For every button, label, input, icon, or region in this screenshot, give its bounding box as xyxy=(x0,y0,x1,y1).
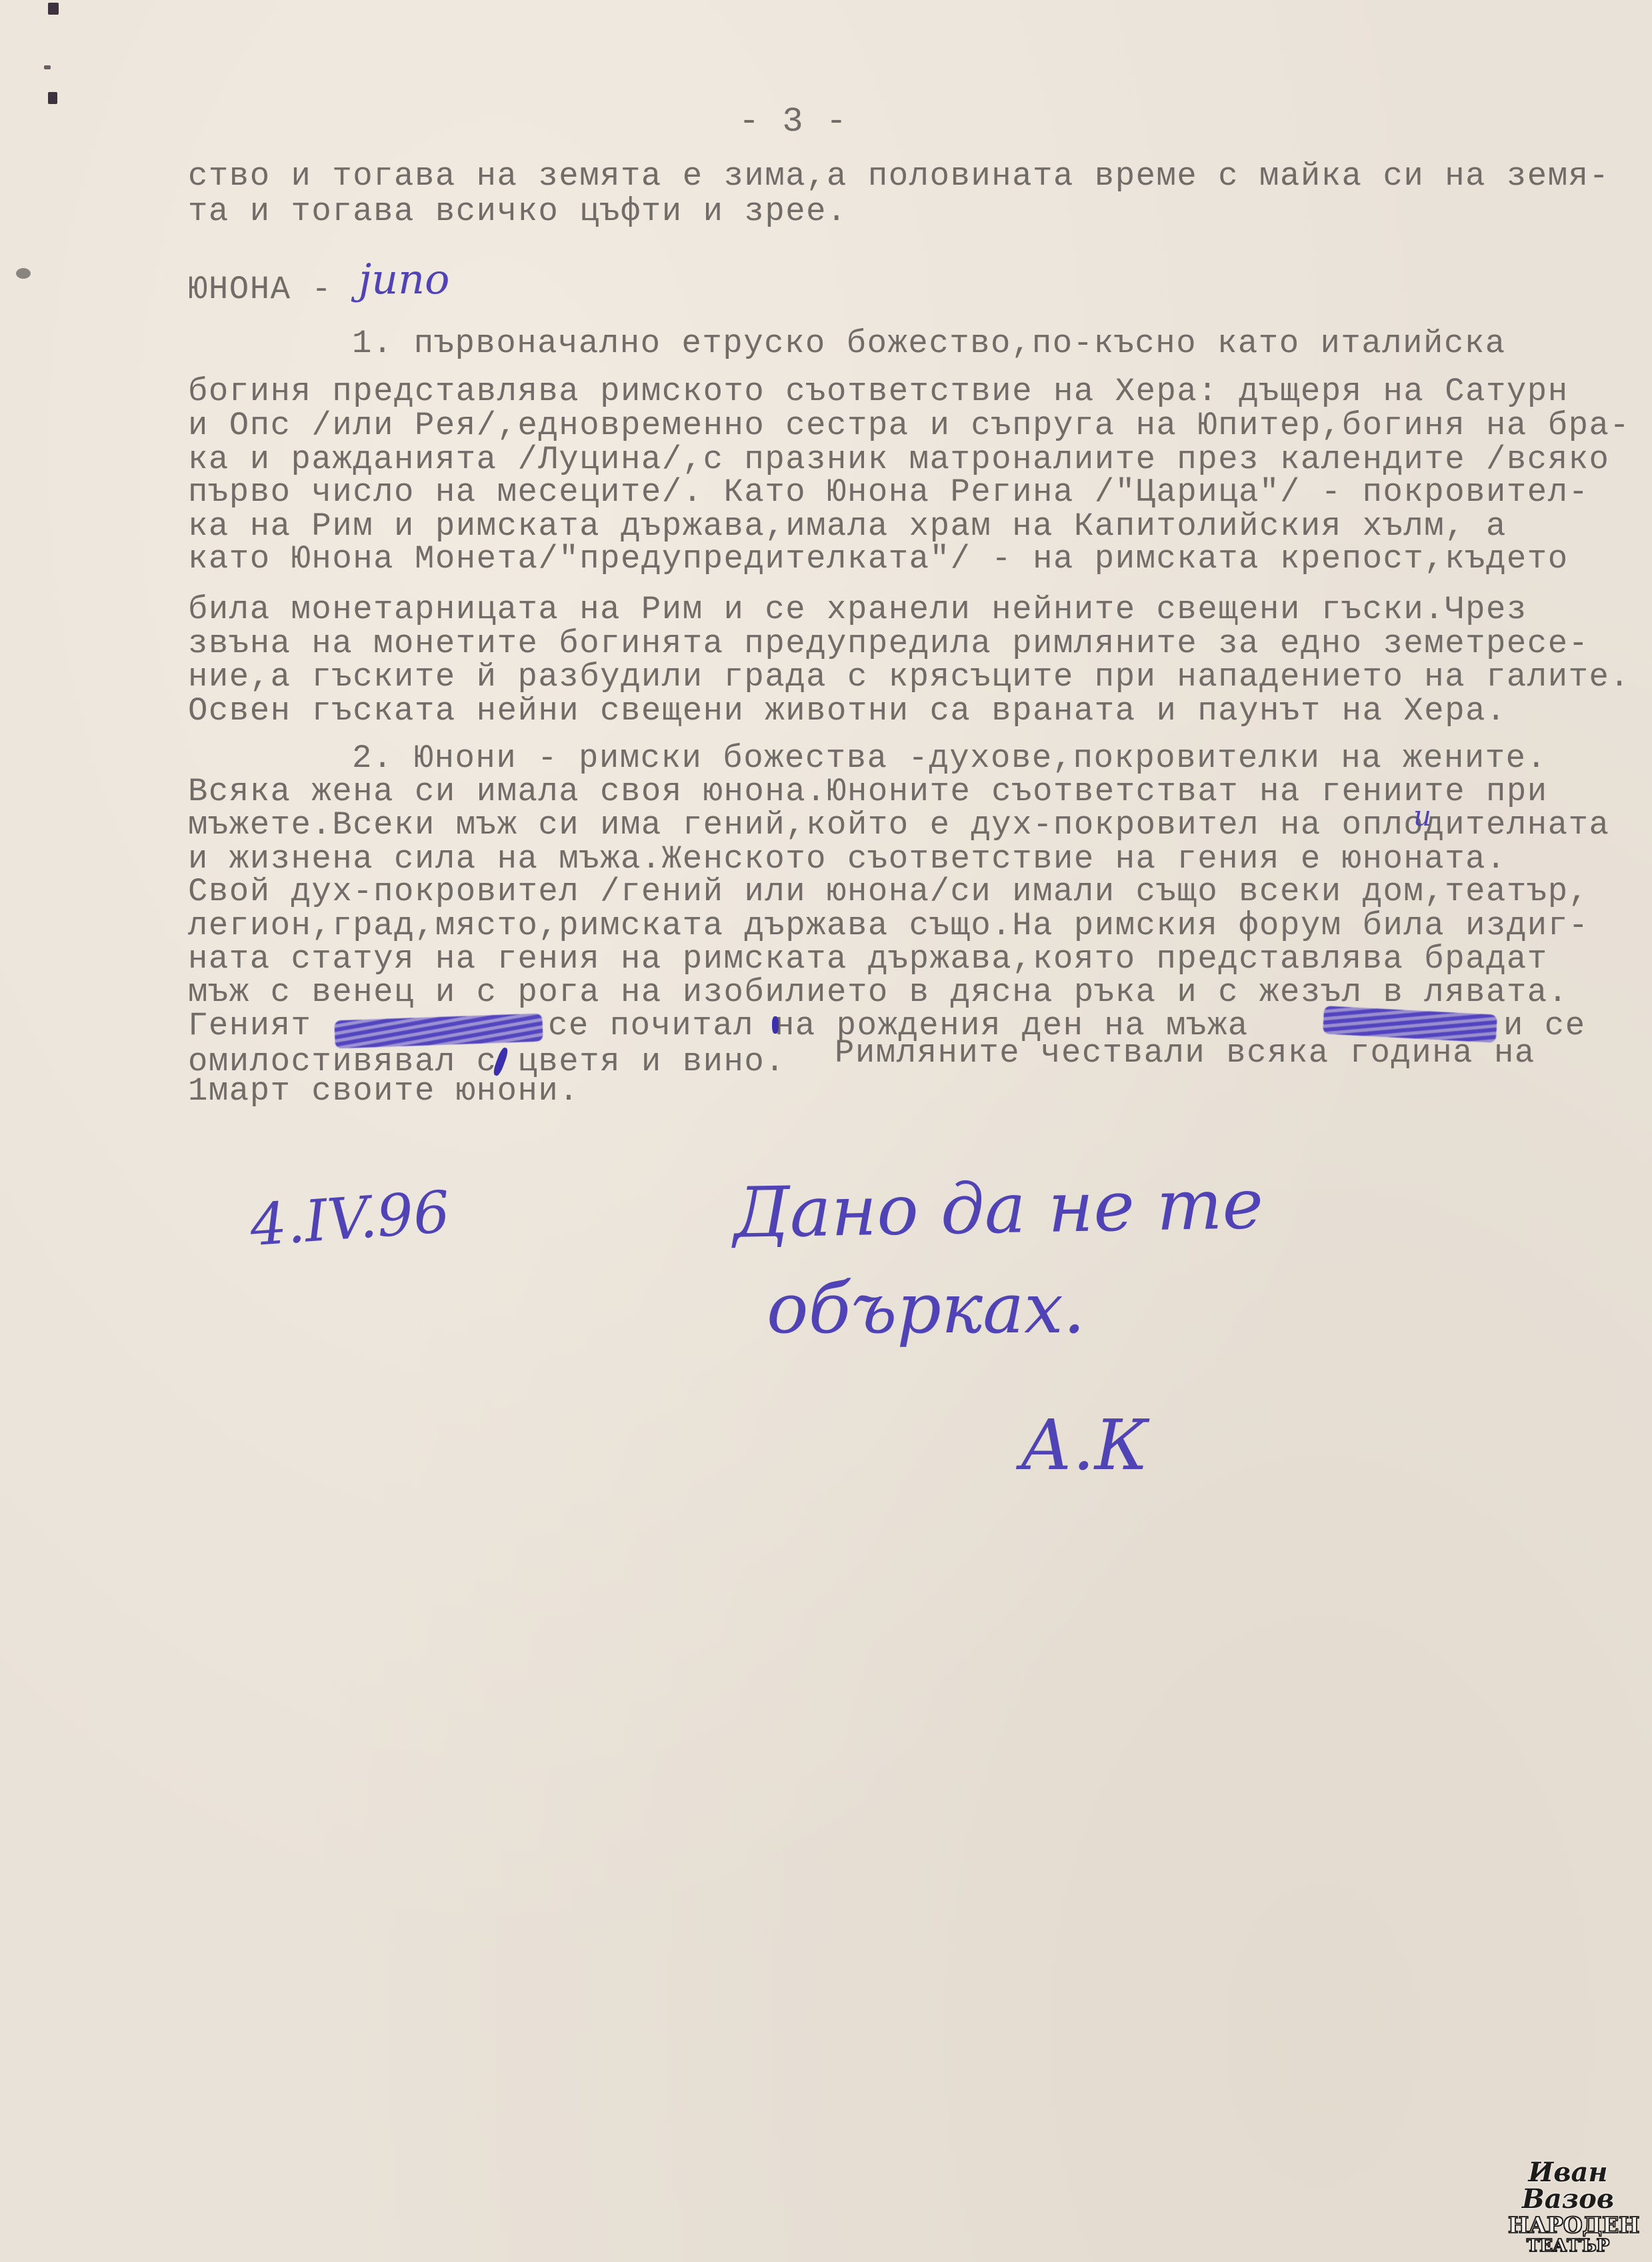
text-line: ка на Рим и римската държава,имала храм … xyxy=(188,510,1507,543)
text-line: богиня представлява римското съответстви… xyxy=(188,375,1569,408)
text-line: мъж с венец и с рога на изобилието в дяс… xyxy=(188,976,1569,1009)
handwritten-signature: А.К xyxy=(1020,1410,1148,1480)
text-line: мъжете.Всеки мъж си има гений,който е ду… xyxy=(188,809,1609,842)
text-line: Всяка жена си имала своя юнона.Юноните с… xyxy=(188,776,1548,808)
handwritten-correction: и xyxy=(1413,802,1431,830)
text-line: ка и ражданията /Луцина/,с празник матро… xyxy=(188,443,1609,476)
text-line: Освен гъската нейни свещени животни са в… xyxy=(188,695,1507,728)
text-line: като Юнона Монета/"предупредителката"/ -… xyxy=(188,543,1569,576)
text-line: Свой дух-покровител /гений или юнона/си … xyxy=(188,876,1589,908)
handwritten-date: 4.IV.96 xyxy=(248,1184,451,1255)
page-number: - 3 - xyxy=(739,105,848,139)
national-theatre-logo: Иван Вазов НАРОДЕН ТЕАТЪР xyxy=(1508,2159,1628,2255)
text-line: та и тогава всичко цъфти и зрее. xyxy=(188,195,847,228)
handwritten-note: обърках. xyxy=(767,1274,1085,1343)
text-line: и Опс /или Рея/,едновременно сестра и съ… xyxy=(188,409,1630,442)
handwritten-juno: juno xyxy=(359,259,449,300)
text-line: Геният xyxy=(188,1010,311,1042)
text-line: Римляните чествали всяка година на xyxy=(835,1037,1535,1070)
text-line: 1. първоначално етруско божество,по-късн… xyxy=(352,327,1506,360)
margin-punch-mark xyxy=(48,92,57,104)
margin-dot-mark xyxy=(44,65,51,69)
text-line: първо число на месеците/. Като Юнона Рег… xyxy=(188,476,1589,509)
logo-script: Иван Вазов xyxy=(1508,2159,1628,2213)
logo-line: НАРОДЕН xyxy=(1508,2214,1628,2236)
text-line: ние,а гъските й разбудили града с крясъц… xyxy=(188,661,1630,694)
handwritten-note: Дано да не те xyxy=(733,1169,1264,1248)
text-line: звъна на монетите богинята предупредила … xyxy=(188,628,1589,660)
text-line: легион,град,място,римската държава също.… xyxy=(188,910,1589,942)
text-line: 2. Юнони - римски божества -духове,покро… xyxy=(352,742,1547,775)
text-line: и жизнена сила на мъжа.Женското съответс… xyxy=(188,843,1507,876)
text-line: ство и тогава на земята е зима,а половин… xyxy=(188,160,1609,193)
ink-mark xyxy=(772,1016,779,1034)
text-line: била монетарницата на Рим и се хранели н… xyxy=(188,594,1527,626)
logo-line: ТЕАТЪР xyxy=(1508,2237,1628,2255)
margin-stain xyxy=(16,268,31,279)
margin-punch-mark xyxy=(48,3,59,15)
entry-heading-juno: ЮНОНА - xyxy=(188,273,332,306)
text-line: ната статуя на гения на римската държава… xyxy=(188,943,1548,976)
text-line: 1март своите юнони. xyxy=(188,1075,579,1108)
